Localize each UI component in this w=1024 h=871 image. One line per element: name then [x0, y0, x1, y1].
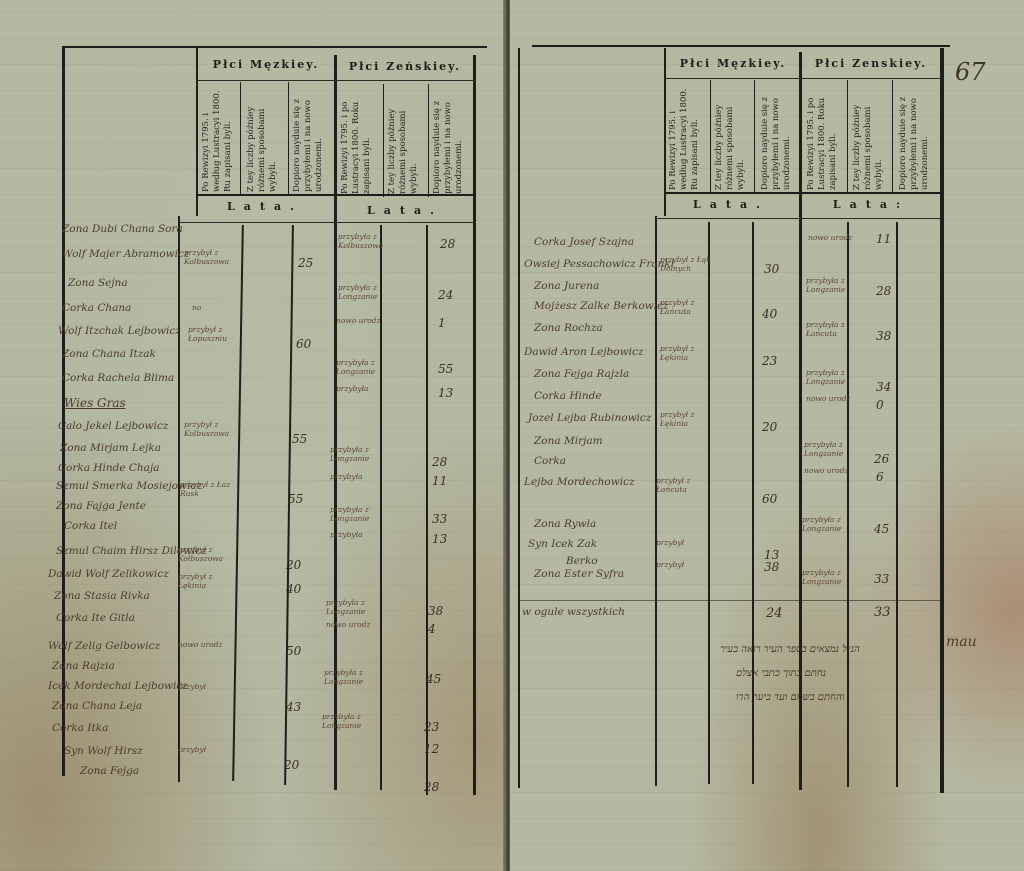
- header-rule: [664, 78, 942, 79]
- entry-male-age: 38: [764, 560, 779, 574]
- entry-male-age: 20: [286, 558, 301, 572]
- entry-name: Corka Rachela Blima: [62, 372, 174, 384]
- entry-female-age: 13: [438, 386, 453, 400]
- entry-male-note: przybył z Łańcuta: [656, 476, 708, 494]
- entry-name: Zona Rochza: [534, 322, 603, 334]
- village-heading: Wies Gras: [64, 396, 126, 410]
- hebrew-note-line-1: הנ״ל נמצאים בספר העיר רואה בעיר: [720, 644, 860, 655]
- female-group-header: Płci Zeńskiey.: [338, 60, 472, 73]
- entry-female-note: przybyła z Longzanie: [326, 598, 378, 616]
- book-spread: Płci Męzkiey. Płci Zeńskiey. Po Rewizyi …: [0, 0, 1024, 871]
- entry-name: Syn Wolf Hirsz: [64, 745, 143, 757]
- hebrew-note-line-3: והחתם בשמם ועד ביער הדו: [736, 692, 844, 703]
- entry-male-age: 20: [284, 758, 299, 772]
- header-divider: [240, 82, 241, 195]
- entry-female-note: przybyła z Longzanie: [806, 368, 858, 386]
- entry-name: Syn Icek Zak: [528, 538, 597, 550]
- entry-male-age: 60: [762, 492, 777, 506]
- entry-name: Wolf Majer Abramowicz: [62, 248, 189, 260]
- entry-name: Corka Ite Gitla: [56, 612, 135, 624]
- entry-female-age: 0: [876, 398, 884, 412]
- entry-male-age: 40: [286, 582, 301, 596]
- entry-female-note: przybyła z Kolbuszowa: [338, 232, 390, 250]
- entry-name: Zona Ester Syfra: [534, 568, 624, 580]
- entry-male-note: przybył: [178, 682, 230, 691]
- header-rule: [655, 218, 942, 219]
- entry-name: Zona Rajzia: [52, 660, 115, 672]
- total-male-age: 24: [766, 606, 783, 621]
- entry-female-age: 55: [438, 362, 453, 376]
- entry-female-note: przybyła z Longzanie: [330, 505, 382, 523]
- entry-male-note: przybył z Łańcuta: [660, 298, 712, 316]
- entry-female-note: nowo urodz: [808, 233, 860, 242]
- header-rule: [196, 80, 476, 81]
- male-col-registered-header: Po Rewizyi 1795. i według Lustracyi 1800…: [668, 82, 708, 190]
- entry-male-note: nowo urodz: [178, 640, 230, 649]
- male-years-header: Lata.: [196, 200, 334, 213]
- entry-female-age: 23: [424, 720, 439, 734]
- column-divider: [896, 222, 898, 787]
- entry-female-age: 33: [432, 512, 447, 526]
- column-divider: [426, 225, 428, 795]
- entry-female-note: przybyła: [336, 384, 388, 393]
- entry-name: Zona Chana Leja: [52, 700, 142, 712]
- entry-name: Dawid Wolf Zelikowicz: [48, 568, 169, 580]
- entry-female-age: 26: [874, 452, 889, 466]
- entry-female-age: 13: [432, 532, 447, 546]
- entry-female-age: 12: [424, 742, 439, 756]
- entry-name: Zona Dubi Chana Sora: [62, 223, 183, 235]
- frame-left-line: [518, 48, 520, 788]
- entry-female-note: nowo urodz: [336, 316, 388, 325]
- entry-name: Zona Jurena: [534, 280, 599, 292]
- entry-male-note: przybył z Kolbuszowa: [184, 248, 236, 266]
- hebrew-note-line-2: נחתם בתוך כתבי אצלם: [736, 668, 826, 679]
- entry-name: Zona Fejga Rajzla: [534, 368, 629, 380]
- entry-male-note: no: [192, 303, 244, 312]
- entry-female-age: 28: [424, 780, 439, 794]
- column-divider: [664, 48, 666, 216]
- entry-female-note: przybyła z Longzanie: [802, 568, 854, 586]
- entry-female-age: 33: [874, 572, 889, 586]
- female-col-registered-header: Po Rewizyi 1795. i po Lustracyi 1800. Ro…: [340, 88, 380, 194]
- entry-male-note: przybył z Kolbuszowa: [178, 545, 230, 563]
- entry-name: Corka Itel: [64, 520, 117, 532]
- entry-female-note: nowo urodz: [804, 466, 856, 475]
- column-divider: [799, 52, 802, 790]
- entry-name: Corka Josef Szajna: [534, 236, 634, 248]
- entry-name: Lejba Mordechowicz: [524, 476, 635, 488]
- male-group-header: Płci Męzkiey.: [668, 57, 798, 70]
- entry-female-note: nowo urodz: [806, 394, 858, 403]
- entry-female-note: przybyła z Longzanie: [802, 515, 854, 533]
- entry-name: Zona Chana Itzak: [62, 348, 156, 360]
- entry-female-note: przybyła z Longzanie: [330, 445, 382, 463]
- margin-note: mau: [946, 634, 977, 650]
- entry-female-note: przybyła z Longzanie: [806, 276, 858, 294]
- entry-name: Zona Mirjam: [534, 435, 603, 447]
- entry-female-age: 24: [438, 288, 453, 302]
- entry-female-age: 38: [876, 329, 891, 343]
- entry-female-age: 45: [874, 522, 889, 536]
- entry-name: Zona Rywla: [534, 518, 596, 530]
- entry-male-age: 60: [296, 337, 311, 351]
- female-years-header: Lata:: [802, 198, 940, 211]
- entry-female-note: przybyła z Longzanie: [324, 668, 376, 686]
- female-col-current-header: Dopioro nayduie się z przybyłemi i na no…: [898, 82, 938, 190]
- entry-female-note: przybyła: [330, 472, 382, 481]
- entry-name: Jozel Lejba Rubinowicz: [528, 412, 651, 424]
- entry-male-age: 43: [286, 700, 301, 714]
- entry-name: Mojżesz Zalke Berkowicz: [534, 300, 669, 312]
- entry-male-note: przybył: [656, 538, 708, 547]
- entry-female-age: 34: [876, 380, 891, 394]
- entry-female-age: 1: [438, 316, 446, 330]
- entry-name: Icek Mordechai Lejbowicz: [48, 680, 188, 692]
- entry-female-age: 6: [876, 470, 884, 484]
- entry-female-age: 28: [432, 455, 447, 469]
- entry-name: Calo Jekel Lejbowicz: [58, 420, 168, 432]
- entry-female-age: 38: [428, 604, 443, 618]
- entry-name: Zona Fejga: [80, 765, 139, 777]
- total-female-age: 33: [874, 605, 891, 620]
- entry-name: Zona Mirjam Lejka: [60, 442, 161, 454]
- header-divider: [754, 80, 755, 194]
- entry-female-note: przybyła z Łańcuta: [806, 320, 858, 338]
- entry-male-note: przybył: [656, 560, 708, 569]
- female-col-departed-header: Z tey liczby późniey różnemi sposobami w…: [387, 88, 425, 194]
- entry-name: Corka Chana: [62, 302, 131, 314]
- header-rule: [664, 192, 942, 194]
- column-divider: [847, 222, 849, 787]
- left-page: Płci Męzkiey. Płci Zeńskiey. Po Rewizyi …: [0, 0, 510, 871]
- header-rule: [178, 222, 476, 223]
- entry-male-age: 20: [762, 420, 777, 434]
- entry-male-note: przybył z Łękinia: [178, 572, 230, 590]
- female-col-current-header: Dopioro nayduie się z przybyłemi i na no…: [432, 88, 470, 194]
- header-divider: [428, 84, 429, 197]
- entry-name: Dawid Aron Lejbowicz: [524, 346, 643, 358]
- entry-female-age: 11: [432, 474, 447, 488]
- entry-name: Berko: [566, 555, 598, 567]
- entry-name: Wolf Itzchak Lejbowicz: [58, 325, 181, 337]
- header-rule: [196, 194, 476, 196]
- entry-male-age: 25: [298, 256, 313, 270]
- entry-name: Wolf Zelig Gelbowicz: [48, 640, 160, 652]
- male-col-current-header: Dopioro nayduie się z przybyłemi i na no…: [760, 82, 798, 190]
- entry-name: Zona Sejna: [68, 277, 128, 289]
- entry-name: Owsiej Pessachowicz Frankl: [524, 258, 674, 270]
- female-years-header: Lata.: [336, 204, 474, 217]
- entry-female-age: 4: [428, 622, 436, 636]
- entry-male-note: przybył z Łaz Rusk: [180, 480, 232, 498]
- frame-right-line: [473, 55, 476, 795]
- entry-male-note: przybył: [178, 745, 230, 754]
- male-col-registered-header: Po Rewizyi 1795. i według Lustracyi 1800…: [201, 86, 239, 192]
- male-years-header: Lata.: [664, 198, 798, 211]
- entry-male-age: 30: [764, 262, 779, 276]
- male-col-departed-header: Z tey liczby późniey różnemi sposobami w…: [246, 86, 284, 192]
- entry-female-note: przybyła z Longzanie: [338, 283, 390, 301]
- header-divider: [710, 80, 711, 194]
- right-page: Płci Męzkiey. Płci Zenskiey. Po Rewizyi …: [510, 0, 1024, 871]
- female-col-registered-header: Po Rewizyi 1795. i po Lustracyi 1800. Ro…: [806, 82, 846, 190]
- entry-male-note: przybył z Łękinia: [660, 410, 712, 428]
- entry-name: Corka Hinde Chaja: [58, 462, 159, 474]
- entry-male-note: przybył z Łopuszniu: [188, 325, 240, 343]
- entry-male-age: 23: [762, 354, 777, 368]
- entry-female-note: przybyła z Longzanie: [322, 712, 374, 730]
- male-group-header: Płci Męzkiey.: [200, 58, 332, 71]
- folio-number: 67: [955, 58, 986, 86]
- male-col-current-header: Dopioro nayduie się z przybyłemi i na no…: [292, 86, 330, 192]
- column-divider: [196, 46, 198, 216]
- frame-top-line: [532, 45, 950, 47]
- entry-male-age: 40: [762, 307, 777, 321]
- total-rule: [520, 600, 940, 601]
- header-divider: [892, 80, 893, 194]
- frame-top-line: [62, 46, 487, 48]
- entry-female-age: 11: [876, 232, 891, 246]
- entry-name: Corka: [534, 455, 566, 467]
- entry-male-age: 55: [288, 492, 303, 506]
- entry-name: Corka Hinde: [534, 390, 602, 402]
- entry-male-note: przybył z Łąk Dolnych: [660, 255, 712, 273]
- header-divider: [847, 80, 848, 194]
- entry-female-note: przybyła z Longzanie: [336, 358, 388, 376]
- frame-right-line: [940, 48, 944, 793]
- entry-male-age: 55: [292, 432, 307, 446]
- entry-female-age: 28: [440, 237, 455, 251]
- entry-name: Zona Stasia Rivka: [54, 590, 150, 602]
- header-divider: [383, 84, 384, 197]
- entry-female-note: nowo urodz: [326, 620, 378, 629]
- entry-male-age: 50: [286, 644, 301, 658]
- entry-female-note: przybyła: [330, 530, 382, 539]
- entry-female-note: przybyła z Longzanie: [804, 440, 856, 458]
- entry-name: Zona Fajga Jente: [56, 500, 146, 512]
- header-divider: [288, 82, 289, 195]
- entry-name: Corka Itka: [52, 722, 108, 734]
- column-divider: [178, 216, 180, 782]
- female-group-header: Płci Zenskiey.: [804, 57, 938, 70]
- entry-female-age: 45: [426, 672, 441, 686]
- total-label: w ogule wszystkich: [522, 606, 625, 618]
- entry-female-age: 28: [876, 284, 891, 298]
- female-col-departed-header: Z tey liczby późniey różnemi sposobami w…: [852, 82, 890, 190]
- entry-male-note: przybył z Kolbuszowa: [184, 420, 236, 438]
- male-col-departed-header: Z tey liczby późniey różnemi sposobami w…: [714, 82, 752, 190]
- entry-male-note: przybył z Łękinia: [660, 344, 712, 362]
